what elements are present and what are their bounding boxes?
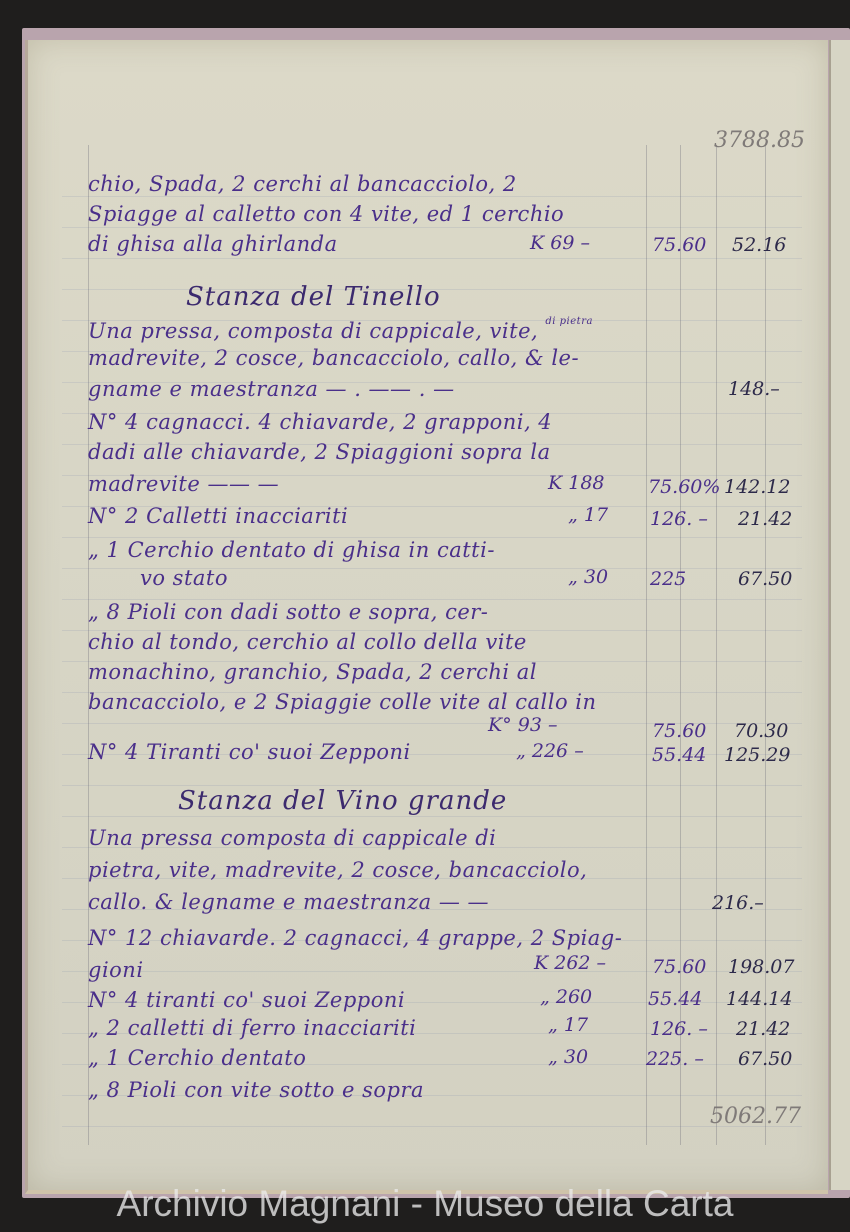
entry-line: madrevite —— —	[88, 472, 279, 496]
entry-weight: „ 17	[548, 1014, 588, 1036]
entry-line: N° 4 Tiranti co' suoi Zepponi	[88, 740, 411, 764]
entry-amount: 67.50	[738, 1048, 792, 1070]
entry-line: N° 2 Calletti inacciariti	[88, 504, 348, 528]
entry-line: monachino, granchio, Spada, 2 cerchi al	[88, 660, 537, 684]
entry-line: „ 2 calletti di ferro inacciariti	[88, 1016, 416, 1040]
entry-line: Spiagge al calletto con 4 vite, ed 1 cer…	[88, 202, 564, 226]
entry-line: dadi alle chiavarde, 2 Spiaggioni sopra …	[88, 440, 551, 464]
entry-weight: K 69 –	[530, 232, 590, 254]
entry-line: chio, Spada, 2 cerchi al bancacciolo, 2	[88, 172, 517, 196]
entry-line: pietra, vite, madrevite, 2 cosce, bancac…	[88, 858, 587, 882]
column-rule-amount-left	[716, 145, 717, 1145]
ruled-line	[62, 1126, 802, 1127]
entry-amount: 198.07	[728, 956, 794, 978]
entry-amount: 142.12	[724, 476, 790, 498]
entry-rate: 55.44	[648, 988, 702, 1010]
entry-line: gname e maestranza — . —— . —	[88, 377, 455, 401]
entry-rate: 126. –	[650, 508, 708, 530]
ruled-line	[62, 196, 802, 197]
entry-line: „ 8 Pioli con dadi sotto e sopra, cer-	[88, 600, 488, 624]
entry-weight: K 262 –	[534, 952, 606, 974]
entry-amount: 52.16	[732, 234, 786, 256]
entry-line: callo. & legname e maestranza — —	[88, 890, 489, 914]
page-total: 5062.77	[710, 1104, 801, 1129]
entry-line: N° 4 cagnacci. 4 chiavarde, 2 grapponi, …	[88, 410, 552, 434]
entry-amount: 148.–	[728, 378, 780, 400]
entry-amount: 67.50	[738, 568, 792, 590]
ruled-line	[62, 816, 802, 817]
entry-line: gioni	[88, 958, 144, 982]
entry-rate: 75.60	[652, 234, 706, 256]
entry-line: „ 8 Pioli con vite sotto e sopra	[88, 1078, 424, 1102]
entry-weight: „ 30	[568, 566, 608, 588]
entry-line: bancacciolo, e 2 Spiaggie colle vite al …	[88, 690, 597, 714]
column-rule-rate-left	[646, 145, 647, 1145]
entry-rate: 55.44	[652, 744, 706, 766]
entry-amount: 21.42	[738, 508, 792, 530]
entry-line: vo stato	[140, 566, 228, 590]
entry-weight: „ 30	[548, 1046, 588, 1068]
entry-line: „ 1 Cerchio dentato	[88, 1046, 306, 1070]
section-heading: Stanza del Tinello	[186, 282, 441, 312]
entry-rate: 75.60	[652, 720, 706, 742]
entry-weight: „ 260	[540, 986, 592, 1008]
entry-weight: „ 226 –	[516, 740, 584, 762]
facing-page-edge	[829, 40, 850, 1190]
entry-line: „ 1 Cerchio dentato di ghisa in catti-	[88, 538, 495, 562]
entry-amount: 21.42	[736, 1018, 790, 1040]
entry-weight: „ 17	[568, 504, 608, 526]
entry-amount: 70.30	[734, 720, 788, 742]
entry-amount: 125.29	[724, 744, 790, 766]
entry-rate: 75.60	[652, 956, 706, 978]
carry-forward-total: 3788.85	[714, 128, 805, 153]
archive-watermark: Archivio Magnani - Museo della Carta	[0, 1183, 850, 1225]
entry-rate: 126. –	[650, 1018, 708, 1040]
ruled-line	[62, 258, 802, 259]
ruled-line	[62, 227, 802, 228]
entry-rate: 225. –	[646, 1048, 704, 1070]
entry-line: Una pressa composta di cappicale di	[88, 826, 496, 850]
entry-weight: K° 93 –	[488, 714, 557, 736]
entry-line: N° 4 tiranti co' suoi Zepponi	[88, 988, 405, 1012]
section-heading: Stanza del Vino grande	[178, 786, 507, 816]
entry-rate: 75.60%	[648, 476, 720, 498]
entry-line: chio al tondo, cerchio al collo della vi…	[88, 630, 527, 654]
entry-amount: 144.14	[726, 988, 792, 1010]
entry-rate: 225	[650, 568, 686, 590]
entry-line: di ghisa alla ghirlanda	[88, 232, 338, 256]
entry-line: Una pressa, composta di cappicale, vite,…	[88, 316, 593, 343]
entry-amount: 216.–	[712, 892, 764, 914]
entry-line: madrevite, 2 cosce, bancacciolo, callo, …	[88, 346, 579, 370]
interlinear-insert: di pietra	[545, 316, 593, 327]
entry-line: N° 12 chiavarde. 2 cagnacci, 4 grappe, 2…	[88, 926, 622, 950]
entry-weight: K 188	[548, 472, 605, 494]
